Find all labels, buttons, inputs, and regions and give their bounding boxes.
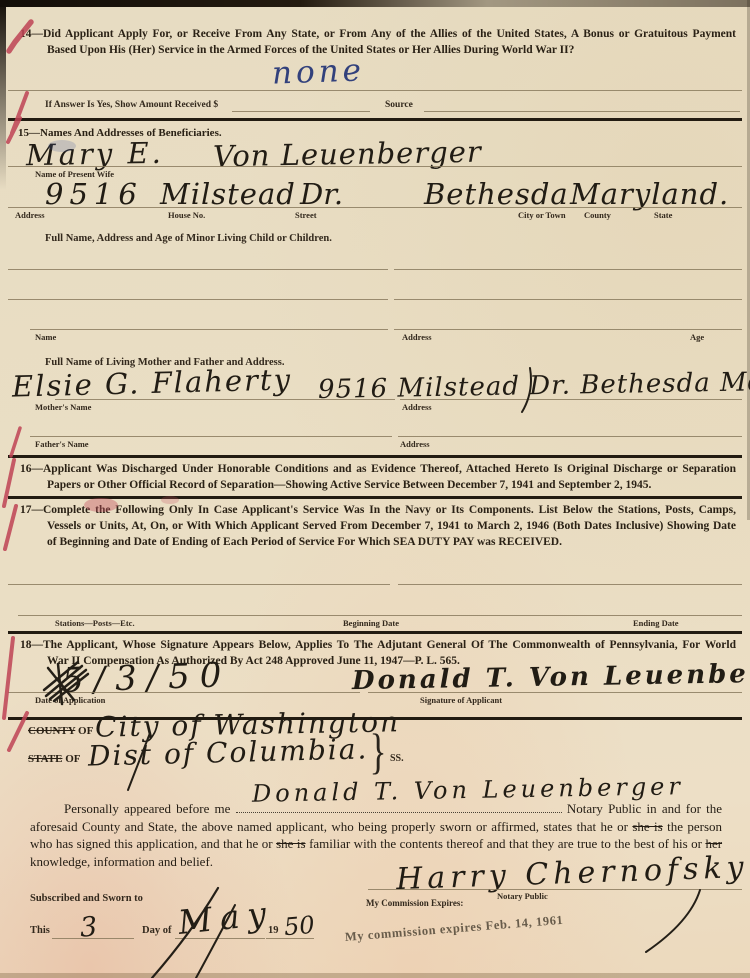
- county-of-label: COUNTY OF: [28, 724, 93, 740]
- ss-label: SS.: [390, 753, 404, 764]
- commission-expires-label: My Commission Expires:: [366, 898, 463, 908]
- sworn-body-text: knowledge, information and belief.: [30, 854, 213, 869]
- county-word-struck: COUNTY: [28, 725, 75, 737]
- amount-blank-line: [232, 111, 370, 112]
- applicant-signature-line: [368, 692, 742, 693]
- amount-received-label: If Answer Is Yes, Show Amount Received $: [45, 100, 218, 110]
- day-blank-line: [52, 938, 134, 939]
- children-blank-line: [8, 299, 388, 300]
- notary-signature-line: [368, 889, 742, 890]
- house-no-label: House No.: [168, 210, 205, 220]
- question-18-line1: 18—The Applicant, Whose Signature Appear…: [20, 638, 736, 654]
- year-blank-line: [266, 938, 314, 939]
- application-date-line: [8, 692, 360, 693]
- scanned-form-page: 14—Did Applicant Apply For, or Receive F…: [0, 0, 750, 978]
- state-label: State: [654, 210, 672, 220]
- subscribed-label: Subscribed and Sworn to: [30, 893, 143, 904]
- mother-name-label: Mother's Name: [35, 402, 91, 412]
- section-divider: [8, 118, 742, 121]
- city-label: City or Town: [518, 210, 566, 220]
- stations-blank-line: [398, 584, 742, 585]
- stations-col-label: Stations—Posts—Etc.: [55, 618, 135, 628]
- question-16-line1: 16—Applicant Was Discharged Under Honora…: [20, 462, 736, 478]
- beginning-date-col-label: Beginning Date: [343, 618, 399, 628]
- house-no-handwriting: 9516: [45, 177, 143, 211]
- section-divider: [8, 631, 742, 634]
- father-line: [30, 436, 392, 437]
- children-blank-line: [8, 269, 388, 270]
- question-17-line1: 17—Complete the Following Only In Case A…: [20, 503, 736, 519]
- red-slash: [11, 428, 20, 456]
- wife-last-name-handwriting: Von Leuenberger: [213, 135, 482, 174]
- struck-her-text: her: [705, 836, 722, 851]
- scan-edge-bottom: [0, 973, 750, 978]
- address-label: Address: [15, 210, 45, 220]
- children-blank-line: [394, 299, 742, 300]
- street-label: Street: [295, 210, 317, 220]
- mother-address-label: Address: [402, 402, 432, 412]
- q14-answer-handwriting: none: [271, 52, 365, 91]
- county-label: County: [584, 210, 611, 220]
- question-16-line2: Papers or Other Official Record of Separ…: [47, 478, 651, 494]
- question-17-line3: of Beginning and Date of Ending of Each …: [47, 535, 562, 551]
- notary-public-label: Notary Public: [497, 891, 548, 901]
- day-of-label: Day of: [142, 925, 171, 936]
- notary-public-text: Notary Public: [567, 801, 642, 816]
- children-blank-line: [394, 269, 742, 270]
- children-age-col-label: Age: [690, 332, 704, 342]
- struck-she-is-text: she is: [632, 819, 662, 834]
- street-suffix-handwriting: Dr.: [300, 177, 343, 211]
- ss-brace: }: [370, 722, 387, 780]
- mother-line: [55, 399, 395, 400]
- mother-name-handwriting: Elsie G. Flaherty: [12, 362, 293, 403]
- this-label: This: [30, 925, 50, 936]
- state-of-label: STATE OF: [28, 752, 80, 768]
- signature-flourish: [646, 890, 700, 952]
- children-blank-line: [30, 329, 388, 330]
- month-blank-line: [175, 938, 265, 939]
- application-date-label: Date of Application: [35, 695, 105, 705]
- question-14-line1: 14—Did Applicant Apply For, or Receive F…: [20, 27, 736, 43]
- scan-edge-top: [0, 0, 750, 7]
- father-address-line: [398, 436, 742, 437]
- source-blank-line: [424, 111, 740, 112]
- stations-label-line: [18, 615, 742, 616]
- stations-blank-line: [8, 584, 390, 585]
- ending-date-col-label: Ending Date: [633, 618, 679, 628]
- children-name-col-label: Name: [35, 332, 56, 342]
- wife-name-line: [8, 166, 742, 167]
- street-name-handwriting: Milstead: [160, 177, 296, 211]
- year-handwriting: 50: [283, 911, 316, 942]
- commission-expires-stamp: My commission expires Feb. 14, 1961: [344, 913, 564, 945]
- children-address-col-label: Address: [402, 332, 432, 342]
- children-section-label: Full Name, Address and Age of Minor Livi…: [45, 233, 332, 244]
- year-prefix: 19: [268, 925, 279, 936]
- state-word-struck: STATE: [28, 753, 62, 765]
- month-handwriting: May: [176, 893, 276, 942]
- red-slash: [4, 638, 13, 718]
- state-value-handwriting: Dist of Columbia.: [88, 732, 369, 772]
- answer-line: [8, 90, 742, 91]
- children-blank-line: [394, 329, 742, 330]
- scan-edge-left: [0, 0, 6, 190]
- red-slash: [5, 506, 16, 549]
- of-word: OF: [65, 753, 80, 765]
- source-label: Source: [385, 100, 413, 110]
- mother-address-line: [400, 399, 742, 400]
- red-slash: [4, 460, 14, 506]
- section-divider: [8, 496, 742, 499]
- applicant-signature-label: Signature of Applicant: [420, 695, 502, 705]
- state-handwriting: Maryland.: [570, 177, 729, 211]
- sworn-body-text: familiar with the contents thereof and t…: [309, 836, 702, 851]
- sworn-intro-text: Personally appeared before me: [64, 801, 230, 816]
- father-address-label: Address: [400, 439, 430, 449]
- struck-she-is-text: she is: [276, 836, 305, 851]
- father-name-label: Father's Name: [35, 439, 89, 449]
- question-17-line2: Vessels or Units, At, On, or With Which …: [47, 519, 736, 535]
- city-handwriting: Bethesda: [424, 177, 569, 211]
- address-line: [8, 207, 742, 208]
- section-divider: [8, 455, 742, 458]
- of-word: OF: [78, 725, 93, 737]
